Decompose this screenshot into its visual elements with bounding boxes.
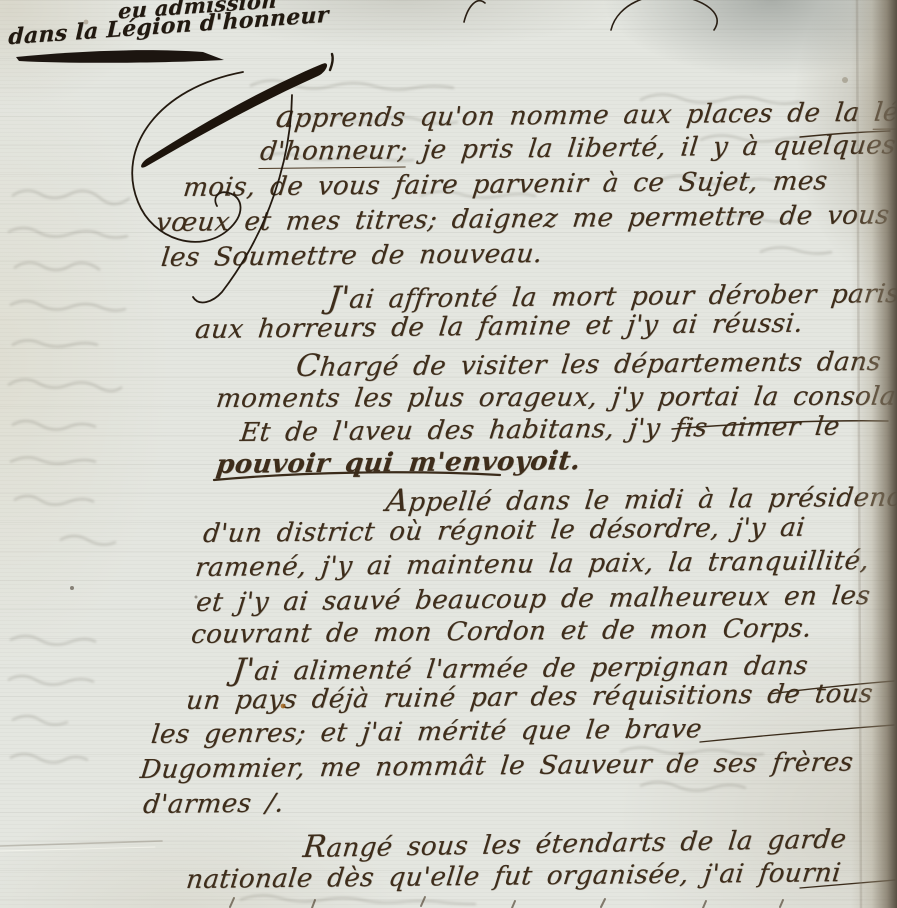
top-cut-flourishes: [464, 0, 717, 30]
line-text: vœux et mes titres; daignez me permettre…: [155, 200, 891, 238]
manuscript-line: et j'y ai sauvé beaucoup de malheureux e…: [195, 581, 872, 618]
page-right-edge: [851, 0, 897, 908]
manuscript-line: mois, de vous faire parvenir à ce Sujet,…: [182, 166, 830, 203]
line-text: nationale dès qu'elle fut organisée, j'a…: [185, 858, 843, 895]
line-text: mois, de vous faire parvenir à ce Sujet,…: [182, 166, 830, 203]
line-text: d'un district où régnoit le désordre, j'…: [202, 513, 807, 549]
manuscript-line: moments les plus orageux, j'y portai la …: [214, 381, 897, 414]
manuscript-line: Dugommier, me nommât le Sauveur de ses f…: [139, 748, 855, 785]
line-text: un pays déjà ruiné par des réquisitions …: [185, 679, 875, 716]
manuscript-line-emphasized: pouvoir qui m'envoyoit.: [215, 446, 582, 480]
line-text: les Soumettre de nouveau.: [160, 239, 544, 273]
line-text: Chargé de visiter les départements dans …: [294, 346, 897, 383]
line-text: Dugommier, me nommât le Sauveur de ses f…: [139, 748, 855, 785]
line-text: Et de l'aveu des habitans, j'y fis aimer…: [239, 412, 842, 448]
manuscript-line: d'armes /.: [142, 789, 286, 820]
manuscript-line: nationale dès qu'elle fut organisée, j'a…: [185, 858, 843, 895]
line-text: et j'y ai sauvé beaucoup de malheureux e…: [195, 581, 872, 618]
manuscript-line: Chargé de visiter les départements dans …: [294, 342, 897, 384]
line-text: couvrant de mon Cordon et de mon Corps.: [190, 614, 814, 650]
bottom-cut-letter-tops: [230, 897, 783, 908]
manuscript-page: eu admission dans la Légion d'honneur ap…: [0, 0, 897, 908]
manuscript-line: d'honneur; je pris la liberté, il y à qu…: [259, 130, 897, 167]
manuscript-line: d'un district où régnoit le désordre, j'…: [202, 513, 807, 549]
manuscript-line: un pays déjà ruiné par des réquisitions …: [185, 679, 875, 716]
line-text: les genres; et j'ai mérité que le brave: [150, 714, 704, 750]
manuscript-line: les genres; et j'ai mérité que le brave: [150, 714, 704, 750]
line-text: Appellé dans le midi à la présidence: [384, 482, 897, 518]
annotation-underline-stroke: [16, 50, 224, 63]
manuscript-line: apprends qu'on nomme aux places de la lé…: [274, 93, 897, 135]
manuscript-line: ramené, j'y ai maintenu la paix, la tran…: [194, 546, 871, 583]
line-text: pouvoir qui m'envoyoit.: [215, 446, 582, 480]
manuscript-line: couvrant de mon Cordon et de mon Corps.: [190, 614, 814, 650]
manuscript-line: aux horreurs de la famine et j'y ai réus…: [194, 309, 805, 345]
line-text: ramené, j'y ai maintenu la paix, la tran…: [194, 546, 871, 583]
manuscript-line: Et de l'aveu des habitans, j'y fis aimer…: [239, 412, 842, 448]
manuscript-line: vœux et mes titres; daignez me permettre…: [155, 200, 891, 238]
line-text: je pris la liberté, il y à quelques: [406, 130, 897, 165]
line-text: aux horreurs de la famine et j'y ai réus…: [194, 309, 805, 345]
line-text: apprends qu'on nomme aux places de la: [274, 98, 876, 134]
line-text: J'ai affronté la mort pour dérober paris: [326, 279, 897, 315]
line-text: moments les plus orageux, j'y portai la …: [214, 381, 897, 414]
manuscript-line: les Soumettre de nouveau.: [160, 239, 544, 273]
manuscript-line: Appellé dans le midi à la présidence: [384, 478, 897, 519]
underlined-word: d'honneur;: [258, 135, 409, 169]
line-text: d'armes /.: [142, 789, 286, 820]
